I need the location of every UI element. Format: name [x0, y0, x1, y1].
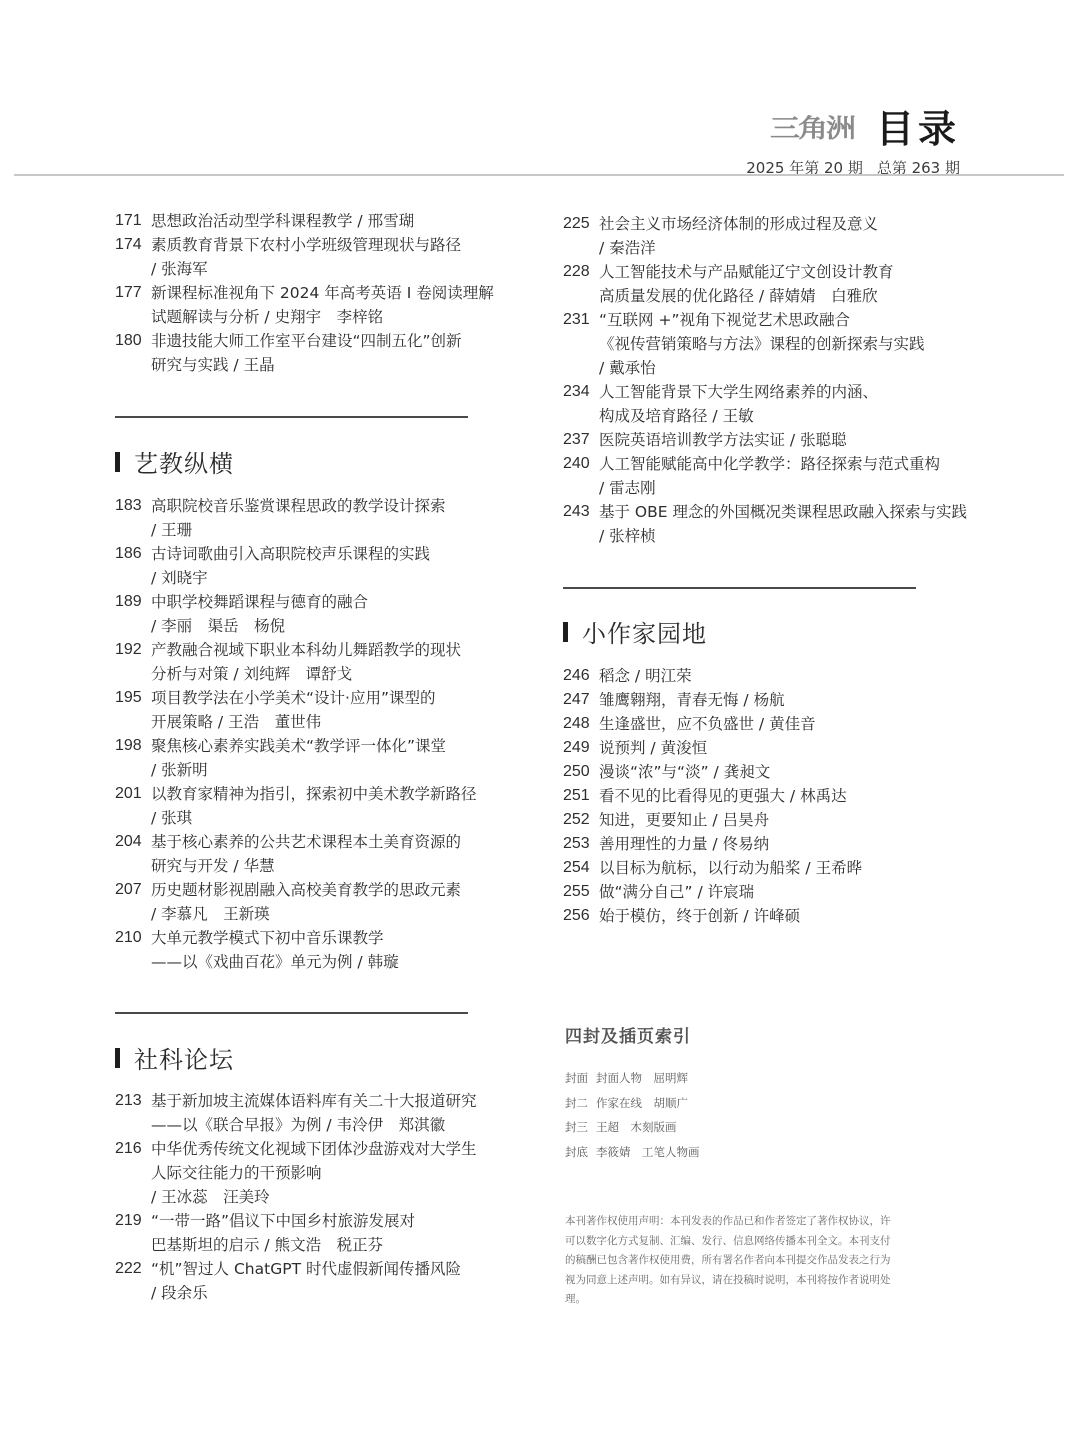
entry-line: 漫谈“浓”与“淡” / 龚昶文 — [599, 760, 983, 784]
entry-title: 古诗词歌曲引入高职院校声乐课程的实践/ 刘晓宇 — [151, 542, 505, 590]
entry-title: 漫谈“浓”与“淡” / 龚昶文 — [599, 760, 983, 784]
toc-entry[interactable]: 228人工智能技术与产品赋能辽宁文创设计教育高质量发展的优化路径 / 薛婧婧 白… — [563, 260, 983, 308]
cover-index-item: 封底李筱婧 工笔人物画 — [565, 1140, 700, 1165]
cover-text: 李筱婧 工笔人物画 — [596, 1145, 700, 1159]
entry-line: / 秦浩洋 — [599, 236, 983, 260]
toc-entry[interactable]: 177新课程标准视角下 2024 年高考英语 I 卷阅读理解试题解读与分析 / … — [115, 281, 505, 329]
entry-line: 做“满分自己” / 许宸瑞 — [599, 880, 983, 904]
page-number: 180 — [115, 329, 151, 377]
magazine-logo: 三角洲 — [770, 107, 854, 144]
toc-entry[interactable]: 254以目标为航标，以行动为船桨 / 王希晔 — [563, 856, 983, 880]
entry-line: 非遗技能大师工作室平台建设“四制五化”创新 — [151, 329, 505, 353]
entry-line: 人工智能赋能高中化学教学：路径探索与范式重构 — [599, 452, 983, 476]
page-number: 252 — [563, 808, 599, 832]
entry-line: 以目标为航标，以行动为船桨 / 王希晔 — [599, 856, 983, 880]
toc-list: 213基于新加坡主流媒体语料库有关二十大报道研究——以《联合早报》为例 / 韦泠… — [115, 1089, 505, 1305]
entry-line: 构成及培育路径 / 王敏 — [599, 404, 983, 428]
cover-label: 封二 — [565, 1096, 588, 1110]
entry-line: 《视传营销策略与方法》课程的创新探索与实践 — [599, 332, 983, 356]
entry-line: 看不见的比看得见的更强大 / 林禹达 — [599, 784, 983, 808]
page-number: 255 — [563, 880, 599, 904]
section-title: 小作家园地 — [582, 614, 707, 649]
page-number: 195 — [115, 686, 151, 734]
page-number: 228 — [563, 260, 599, 308]
entry-title: 以目标为航标，以行动为船桨 / 王希晔 — [599, 856, 983, 880]
entry-line: / 李丽 渠岳 杨倪 — [151, 614, 505, 638]
entry-line: 古诗词歌曲引入高职院校声乐课程的实践 — [151, 542, 505, 566]
toc-entry[interactable]: 225社会主义市场经济体制的形成过程及意义/ 秦浩洋 — [563, 212, 983, 260]
entry-title: 中华优秀传统文化视域下团体沙盘游戏对大学生人际交往能力的干预影响/ 王冰蕊 汪美… — [151, 1137, 505, 1209]
entry-title: 善用理性的力量 / 佟易纳 — [599, 832, 983, 856]
section-divider — [115, 1012, 468, 1014]
entry-title: 大单元教学模式下初中音乐课教学——以《戏曲百花》单元为例 / 韩璇 — [151, 926, 505, 974]
page-number: 231 — [563, 308, 599, 380]
section-title: 艺教纵横 — [134, 444, 234, 479]
toc-entry[interactable]: 198聚焦核心素养实践美术“教学评一体化”课堂/ 张新明 — [115, 734, 505, 782]
cover-label: 封三 — [565, 1120, 588, 1134]
entry-title: 始于模仿，终于创新 / 许峰硕 — [599, 904, 983, 928]
entry-line: 基于核心素养的公共艺术课程本土美育资源的 — [151, 830, 505, 854]
cover-index-item: 封三王超 木刻版画 — [565, 1115, 700, 1140]
toc-entry[interactable]: 189中职学校舞蹈课程与德育的融合/ 李丽 渠岳 杨倪 — [115, 590, 505, 638]
entry-line: 知进，更要知止 / 吕昊舟 — [599, 808, 983, 832]
entry-title: 人工智能赋能高中化学教学：路径探索与范式重构/ 雷志刚 — [599, 452, 983, 500]
page-number: 249 — [563, 736, 599, 760]
toc-list: 225社会主义市场经济体制的形成过程及意义/ 秦浩洋228人工智能技术与产品赋能… — [563, 212, 983, 548]
page-number: 243 — [563, 500, 599, 548]
entry-line: 产教融合视域下职业本科幼儿舞蹈教学的现状 — [151, 638, 505, 662]
toc-entry[interactable]: 243基于 OBE 理念的外国概况类课程思政融入探索与实践/ 张梓桢 — [563, 500, 983, 548]
page-number: 256 — [563, 904, 599, 928]
toc-entry[interactable]: 251看不见的比看得见的更强大 / 林禹达 — [563, 784, 983, 808]
entry-line: 新课程标准视角下 2024 年高考英语 I 卷阅读理解 — [151, 281, 505, 305]
page-number: 237 — [563, 428, 599, 452]
entry-title: “一带一路”倡议下中国乡村旅游发展对巴基斯坦的启示 / 熊文浩 税正芬 — [151, 1209, 505, 1257]
entry-title: 人工智能背景下大学生网络素养的内涵、构成及培育路径 / 王敏 — [599, 380, 983, 428]
entry-line: 分析与对策 / 刘纯辉 谭舒戈 — [151, 662, 505, 686]
toc-entry[interactable]: 213基于新加坡主流媒体语料库有关二十大报道研究——以《联合早报》为例 / 韦泠… — [115, 1089, 505, 1137]
entry-line: 研究与实践 / 王晶 — [151, 353, 505, 377]
section-heading-young-writers: 小作家园地 — [563, 614, 707, 649]
toc-entry[interactable]: 253善用理性的力量 / 佟易纳 — [563, 832, 983, 856]
toc-list: 246稻念 / 明江荣247雏鹰翱翔，青春无悔 / 杨航248生逢盛世，应不负盛… — [563, 664, 983, 928]
page-number: 189 — [115, 590, 151, 638]
page-number: 248 — [563, 712, 599, 736]
page-number: 216 — [115, 1137, 151, 1209]
cover-index-item: 封二作家在线 胡顺广 — [565, 1091, 700, 1116]
entry-line: / 张海军 — [151, 257, 505, 281]
entry-line: 稻念 / 明江荣 — [599, 664, 983, 688]
page-number: 251 — [563, 784, 599, 808]
entry-title: 以教育家精神为指引，探索初中美术教学新路径/ 张琪 — [151, 782, 505, 830]
page-number: 174 — [115, 233, 151, 281]
toc-entry[interactable]: 256始于模仿，终于创新 / 许峰硕 — [563, 904, 983, 928]
section-marker-icon — [115, 1048, 120, 1068]
cover-text: 作家在线 胡顺广 — [596, 1096, 688, 1110]
page-number: 225 — [563, 212, 599, 260]
entry-line: 始于模仿，终于创新 / 许峰硕 — [599, 904, 983, 928]
entry-line: 历史题材影视剧融入高校美育教学的思政元素 — [151, 878, 505, 902]
toc-entry[interactable]: 234人工智能背景下大学生网络素养的内涵、构成及培育路径 / 王敏 — [563, 380, 983, 428]
entry-line: 人工智能技术与产品赋能辽宁文创设计教育 — [599, 260, 983, 284]
entry-line: 人际交往能力的干预影响 — [151, 1161, 505, 1185]
toc-entry[interactable]: 204基于核心素养的公共艺术课程本土美育资源的研究与开发 / 华慧 — [115, 830, 505, 878]
entry-line: 巴基斯坦的启示 / 熊文浩 税正芬 — [151, 1233, 505, 1257]
section-marker-icon — [115, 452, 120, 472]
entry-line: 医院英语培训教学方法实证 / 张聪聪 — [599, 428, 983, 452]
entry-title: 思想政治活动型学科课程教学 / 邢雪瑚 — [151, 209, 505, 233]
entry-line: 思想政治活动型学科课程教学 / 邢雪瑚 — [151, 209, 505, 233]
entry-title: “互联网 +”视角下视觉艺术思政融合《视传营销策略与方法》课程的创新探索与实践/… — [599, 308, 983, 380]
entry-line: 高质量发展的优化路径 / 薛婧婧 白雅欣 — [599, 284, 983, 308]
entry-title: 知进，更要知止 / 吕昊舟 — [599, 808, 983, 832]
entry-title: 人工智能技术与产品赋能辽宁文创设计教育高质量发展的优化路径 / 薛婧婧 白雅欣 — [599, 260, 983, 308]
page-number: 240 — [563, 452, 599, 500]
entry-line: / 张梓桢 — [599, 524, 983, 548]
entry-line: “互联网 +”视角下视觉艺术思政融合 — [599, 308, 983, 332]
entry-line: 以教育家精神为指引，探索初中美术教学新路径 — [151, 782, 505, 806]
entry-title: 稻念 / 明江荣 — [599, 664, 983, 688]
page-number: 177 — [115, 281, 151, 329]
page-number: 198 — [115, 734, 151, 782]
page-number: 253 — [563, 832, 599, 856]
entry-line: 聚焦核心素养实践美术“教学评一体化”课堂 — [151, 734, 505, 758]
page-number: 186 — [115, 542, 151, 590]
toc-entry[interactable]: 195项目教学法在小学美术“设计·应用”课型的开展策略 / 王浩 董世伟 — [115, 686, 505, 734]
toc-entry[interactable]: 246稻念 / 明江荣 — [563, 664, 983, 688]
entry-title: 雏鹰翱翔，青春无悔 / 杨航 — [599, 688, 983, 712]
entry-title: 项目教学法在小学美术“设计·应用”课型的开展策略 / 王浩 董世伟 — [151, 686, 505, 734]
header-rule — [14, 174, 1064, 176]
header-title-row: 三角洲 目录 — [746, 98, 960, 153]
cover-label: 封底 — [565, 1145, 588, 1159]
toc-entry[interactable]: 192产教融合视域下职业本科幼儿舞蹈教学的现状分析与对策 / 刘纯辉 谭舒戈 — [115, 638, 505, 686]
entry-line: 开展策略 / 王浩 董世伟 — [151, 710, 505, 734]
entry-title: 生逢盛世，应不负盛世 / 黄佳音 — [599, 712, 983, 736]
toc-entry[interactable]: 247雏鹰翱翔，青春无悔 / 杨航 — [563, 688, 983, 712]
entry-line: 中华优秀传统文化视域下团体沙盘游戏对大学生 — [151, 1137, 505, 1161]
entry-line: / 刘晓宇 — [151, 566, 505, 590]
entry-line: “一带一路”倡议下中国乡村旅游发展对 — [151, 1209, 505, 1233]
entry-title: 高职院校音乐鉴赏课程思政的教学设计探索/ 王珊 — [151, 494, 505, 542]
toc-entry[interactable]: 201以教育家精神为指引，探索初中美术教学新路径/ 张琪 — [115, 782, 505, 830]
entry-title: 医院英语培训教学方法实证 / 张聪聪 — [599, 428, 983, 452]
toc-entry[interactable]: 186古诗词歌曲引入高职院校声乐课程的实践/ 刘晓宇 — [115, 542, 505, 590]
entry-title: “机”智过人 ChatGPT 时代虚假新闻传播风险/ 段余乐 — [151, 1257, 505, 1305]
toc-entry[interactable]: 249说预判 / 黄浚恒 — [563, 736, 983, 760]
entry-line: 人工智能背景下大学生网络素养的内涵、 — [599, 380, 983, 404]
toc-entry[interactable]: 240人工智能赋能高中化学教学：路径探索与范式重构/ 雷志刚 — [563, 452, 983, 500]
toc-entry[interactable]: 216中华优秀传统文化视域下团体沙盘游戏对大学生人际交往能力的干预影响/ 王冰蕊… — [115, 1137, 505, 1209]
toc-entry[interactable]: 174素质教育背景下农村小学班级管理现状与路径/ 张海军 — [115, 233, 505, 281]
toc-entry[interactable]: 231“互联网 +”视角下视觉艺术思政融合《视传营销策略与方法》课程的创新探索与… — [563, 308, 983, 380]
toc-entry[interactable]: 210大单元教学模式下初中音乐课教学——以《戏曲百花》单元为例 / 韩璇 — [115, 926, 505, 974]
entry-line: 素质教育背景下农村小学班级管理现状与路径 — [151, 233, 505, 257]
entry-line: ——以《戏曲百花》单元为例 / 韩璇 — [151, 950, 505, 974]
entry-title: 基于新加坡主流媒体语料库有关二十大报道研究——以《联合早报》为例 / 韦泠伊 郑… — [151, 1089, 505, 1137]
entry-line: 高职院校音乐鉴赏课程思政的教学设计探索 — [151, 494, 505, 518]
entry-line: 项目教学法在小学美术“设计·应用”课型的 — [151, 686, 505, 710]
toc-entry[interactable]: 237医院英语培训教学方法实证 / 张聪聪 — [563, 428, 983, 452]
page-number: 210 — [115, 926, 151, 974]
section-marker-icon — [563, 622, 568, 642]
entry-line: 研究与开发 / 华慧 — [151, 854, 505, 878]
entry-line: 说预判 / 黄浚恒 — [599, 736, 983, 760]
page-number: 192 — [115, 638, 151, 686]
page-number: 254 — [563, 856, 599, 880]
section-title: 社科论坛 — [134, 1040, 234, 1075]
left-section-art-entries: 183高职院校音乐鉴赏课程思政的教学设计探索/ 王珊186古诗词歌曲引入高职院校… — [115, 494, 505, 974]
left-top-entries: 171思想政治活动型学科课程教学 / 邢雪瑚174素质教育背景下农村小学班级管理… — [115, 209, 505, 377]
left-section-social-entries: 213基于新加坡主流媒体语料库有关二十大报道研究——以《联合早报》为例 / 韦泠… — [115, 1089, 505, 1305]
entry-line: 试题解读与分析 / 史翔宇 李梓铭 — [151, 305, 505, 329]
entry-line: 基于新加坡主流媒体语料库有关二十大报道研究 — [151, 1089, 505, 1113]
cover-index-item: 封面封面人物 屈明辉 — [565, 1066, 700, 1091]
page-number: 222 — [115, 1257, 151, 1305]
page-number: 213 — [115, 1089, 151, 1137]
toc-entry[interactable]: 250漫谈“浓”与“淡” / 龚昶文 — [563, 760, 983, 784]
entry-title: 新课程标准视角下 2024 年高考英语 I 卷阅读理解试题解读与分析 / 史翔宇… — [151, 281, 505, 329]
page-number: 204 — [115, 830, 151, 878]
entry-title: 聚焦核心素养实践美术“教学评一体化”课堂/ 张新明 — [151, 734, 505, 782]
entry-title: 产教融合视域下职业本科幼儿舞蹈教学的现状分析与对策 / 刘纯辉 谭舒戈 — [151, 638, 505, 686]
entry-title: 素质教育背景下农村小学班级管理现状与路径/ 张海军 — [151, 233, 505, 281]
right-section-young-writers-entries: 246稻念 / 明江荣247雏鹰翱翔，青春无悔 / 杨航248生逢盛世，应不负盛… — [563, 664, 983, 928]
entry-line: / 戴承怡 — [599, 356, 983, 380]
page-number: 201 — [115, 782, 151, 830]
entry-title: 历史题材影视剧融入高校美育教学的思政元素/ 李慕凡 王新瑛 — [151, 878, 505, 926]
entry-line: / 王冰蕊 汪美玲 — [151, 1185, 505, 1209]
entry-line: “机”智过人 ChatGPT 时代虚假新闻传播风险 — [151, 1257, 505, 1281]
entry-line: / 王珊 — [151, 518, 505, 542]
page-header: 三角洲 目录 2025 年第 20 期 总第 263 期 — [746, 98, 960, 178]
page-number: 246 — [563, 664, 599, 688]
cover-label: 封面 — [565, 1071, 588, 1085]
entry-line: / 张琪 — [151, 806, 505, 830]
toc-entry[interactable]: 183高职院校音乐鉴赏课程思政的教学设计探索/ 王珊 — [115, 494, 505, 542]
toc-entry[interactable]: 207历史题材影视剧融入高校美育教学的思政元素/ 李慕凡 王新瑛 — [115, 878, 505, 926]
toc-entry[interactable]: 252知进，更要知止 / 吕昊舟 — [563, 808, 983, 832]
entry-line: 中职学校舞蹈课程与德育的融合 — [151, 590, 505, 614]
entry-title: 非遗技能大师工作室平台建设“四制五化”创新研究与实践 / 王晶 — [151, 329, 505, 377]
page-number: 207 — [115, 878, 151, 926]
entry-line: 雏鹰翱翔，青春无悔 / 杨航 — [599, 688, 983, 712]
entry-title: 说预判 / 黄浚恒 — [599, 736, 983, 760]
toc-entry[interactable]: 255做“满分自己” / 许宸瑞 — [563, 880, 983, 904]
entry-line: 善用理性的力量 / 佟易纳 — [599, 832, 983, 856]
copyright-notice: 本刊著作权使用声明：本刊发表的作品已和作者签定了著作权协议，许可以数字化方式复制… — [565, 1212, 895, 1310]
entry-title: 中职学校舞蹈课程与德育的融合/ 李丽 渠岳 杨倪 — [151, 590, 505, 638]
page-number: 234 — [563, 380, 599, 428]
section-divider — [563, 587, 916, 589]
section-heading-art-education: 艺教纵横 — [115, 444, 234, 479]
toc-entry[interactable]: 222“机”智过人 ChatGPT 时代虚假新闻传播风险/ 段余乐 — [115, 1257, 505, 1305]
toc-entry[interactable]: 171思想政治活动型学科课程教学 / 邢雪瑚 — [115, 209, 505, 233]
toc-entry[interactable]: 248生逢盛世，应不负盛世 / 黄佳音 — [563, 712, 983, 736]
entry-title: 社会主义市场经济体制的形成过程及意义/ 秦浩洋 — [599, 212, 983, 260]
section-divider — [115, 416, 468, 418]
toc-entry[interactable]: 180非遗技能大师工作室平台建设“四制五化”创新研究与实践 / 王晶 — [115, 329, 505, 377]
page-title: 目录 — [876, 98, 960, 153]
cover-text: 封面人物 屈明辉 — [596, 1071, 688, 1085]
entry-line: ——以《联合早报》为例 / 韦泠伊 郑淇徽 — [151, 1113, 505, 1137]
cover-text: 王超 木刻版画 — [596, 1120, 677, 1134]
page-number: 250 — [563, 760, 599, 784]
entry-line: / 张新明 — [151, 758, 505, 782]
entry-line: 大单元教学模式下初中音乐课教学 — [151, 926, 505, 950]
cover-index-title: 四封及插页索引 — [565, 1022, 691, 1047]
entry-line: 生逢盛世，应不负盛世 / 黄佳音 — [599, 712, 983, 736]
entry-title: 基于核心素养的公共艺术课程本土美育资源的研究与开发 / 华慧 — [151, 830, 505, 878]
entry-line: 基于 OBE 理念的外国概况类课程思政融入探索与实践 — [599, 500, 983, 524]
entry-line: / 段余乐 — [151, 1281, 505, 1305]
page-number: 219 — [115, 1209, 151, 1257]
cover-index-list: 封面封面人物 屈明辉 封二作家在线 胡顺广 封三王超 木刻版画 封底李筱婧 工笔… — [565, 1066, 700, 1164]
entry-title: 看不见的比看得见的更强大 / 林禹达 — [599, 784, 983, 808]
right-top-entries: 225社会主义市场经济体制的形成过程及意义/ 秦浩洋228人工智能技术与产品赋能… — [563, 212, 983, 548]
toc-entry[interactable]: 219“一带一路”倡议下中国乡村旅游发展对巴基斯坦的启示 / 熊文浩 税正芬 — [115, 1209, 505, 1257]
entry-title: 基于 OBE 理念的外国概况类课程思政融入探索与实践/ 张梓桢 — [599, 500, 983, 548]
entry-line: / 李慕凡 王新瑛 — [151, 902, 505, 926]
entry-line: / 雷志刚 — [599, 476, 983, 500]
section-heading-social-science: 社科论坛 — [115, 1040, 234, 1075]
page-number: 171 — [115, 209, 151, 233]
entry-title: 做“满分自己” / 许宸瑞 — [599, 880, 983, 904]
toc-list: 183高职院校音乐鉴赏课程思政的教学设计探索/ 王珊186古诗词歌曲引入高职院校… — [115, 494, 505, 974]
page-number: 183 — [115, 494, 151, 542]
toc-list: 171思想政治活动型学科课程教学 / 邢雪瑚174素质教育背景下农村小学班级管理… — [115, 209, 505, 377]
page-number: 247 — [563, 688, 599, 712]
entry-line: 社会主义市场经济体制的形成过程及意义 — [599, 212, 983, 236]
